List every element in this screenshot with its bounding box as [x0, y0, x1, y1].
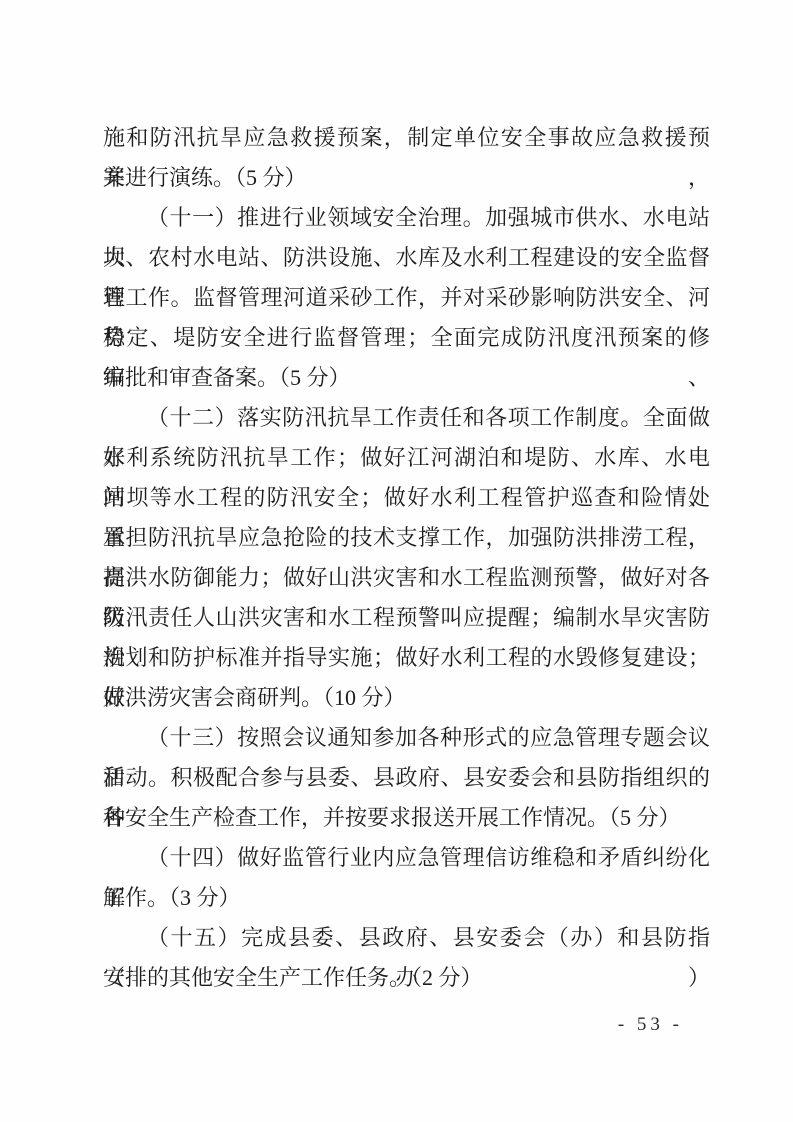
text-line: 理工作。监督管理河道采砂工作，并对采砂影响防洪安全、河势 — [103, 278, 710, 318]
page-number: - 53 - — [618, 1014, 683, 1036]
text-line: （十三）按照会议通知参加各种形式的应急管理专题会议和 — [103, 718, 710, 758]
text-line: 工作。（3 分） — [103, 878, 710, 918]
text-line: 闸坝等水工程的防汛安全；做好水利工程管护巡查和险情处置， — [103, 478, 710, 518]
text-line: （十二）落实防汛抗旱工作责任和各项工作制度。全面做好 — [103, 398, 710, 438]
document-body: 施和防汛抗旱应急救援预案，制定单位安全事故应急救援预案， 并进行演练。（5 分）… — [103, 118, 710, 998]
text-line: 坝、农村水电站、防洪设施、水库及水利工程建设的安全监督管 — [103, 238, 710, 278]
text-line: 水利系统防汛抗旱工作；做好江河湖泊和堤防、水库、水电站、 — [103, 438, 710, 478]
text-line: 承担防汛抗旱应急抢险的技术支撑工作，加强防洪排涝工程，提 — [103, 518, 710, 558]
text-line: 防汛责任人山洪灾害和水工程预警叫应提醒；编制水旱灾害防治 — [103, 598, 710, 638]
text-line: 种安全生产检查工作，并按要求报送开展工作情况。（5 分） — [103, 798, 710, 838]
text-line: （十五）完成县委、县政府、县安委会（办）和县防指（办） — [103, 918, 710, 958]
text-line: 施和防汛抗旱应急救援预案，制定单位安全事故应急救援预案， — [103, 118, 710, 158]
text-line: 好洪涝灾害会商研判。（10 分） — [103, 678, 710, 718]
document-page: 施和防汛抗旱应急救援预案，制定单位安全事故应急救援预案， 并进行演练。（5 分）… — [0, 0, 793, 1122]
text-line: 规划和防护标准并指导实施；做好水利工程的水毁修复建设；做 — [103, 638, 710, 678]
text-line: 稳定、堤防安全进行监督管理；全面完成防汛度汛预案的修编、 — [103, 318, 710, 358]
text-line: 活动。积极配合参与县委、县政府、县安委会和县防指组织的各 — [103, 758, 710, 798]
text-line: （十一）推进行业领域安全治理。加强城市供水、水电站大 — [103, 198, 710, 238]
text-line: （十四）做好监管行业内应急管理信访维稳和矛盾纠纷化解 — [103, 838, 710, 878]
text-line: 高洪水防御能力；做好山洪灾害和水工程监测预警，做好对各级 — [103, 558, 710, 598]
